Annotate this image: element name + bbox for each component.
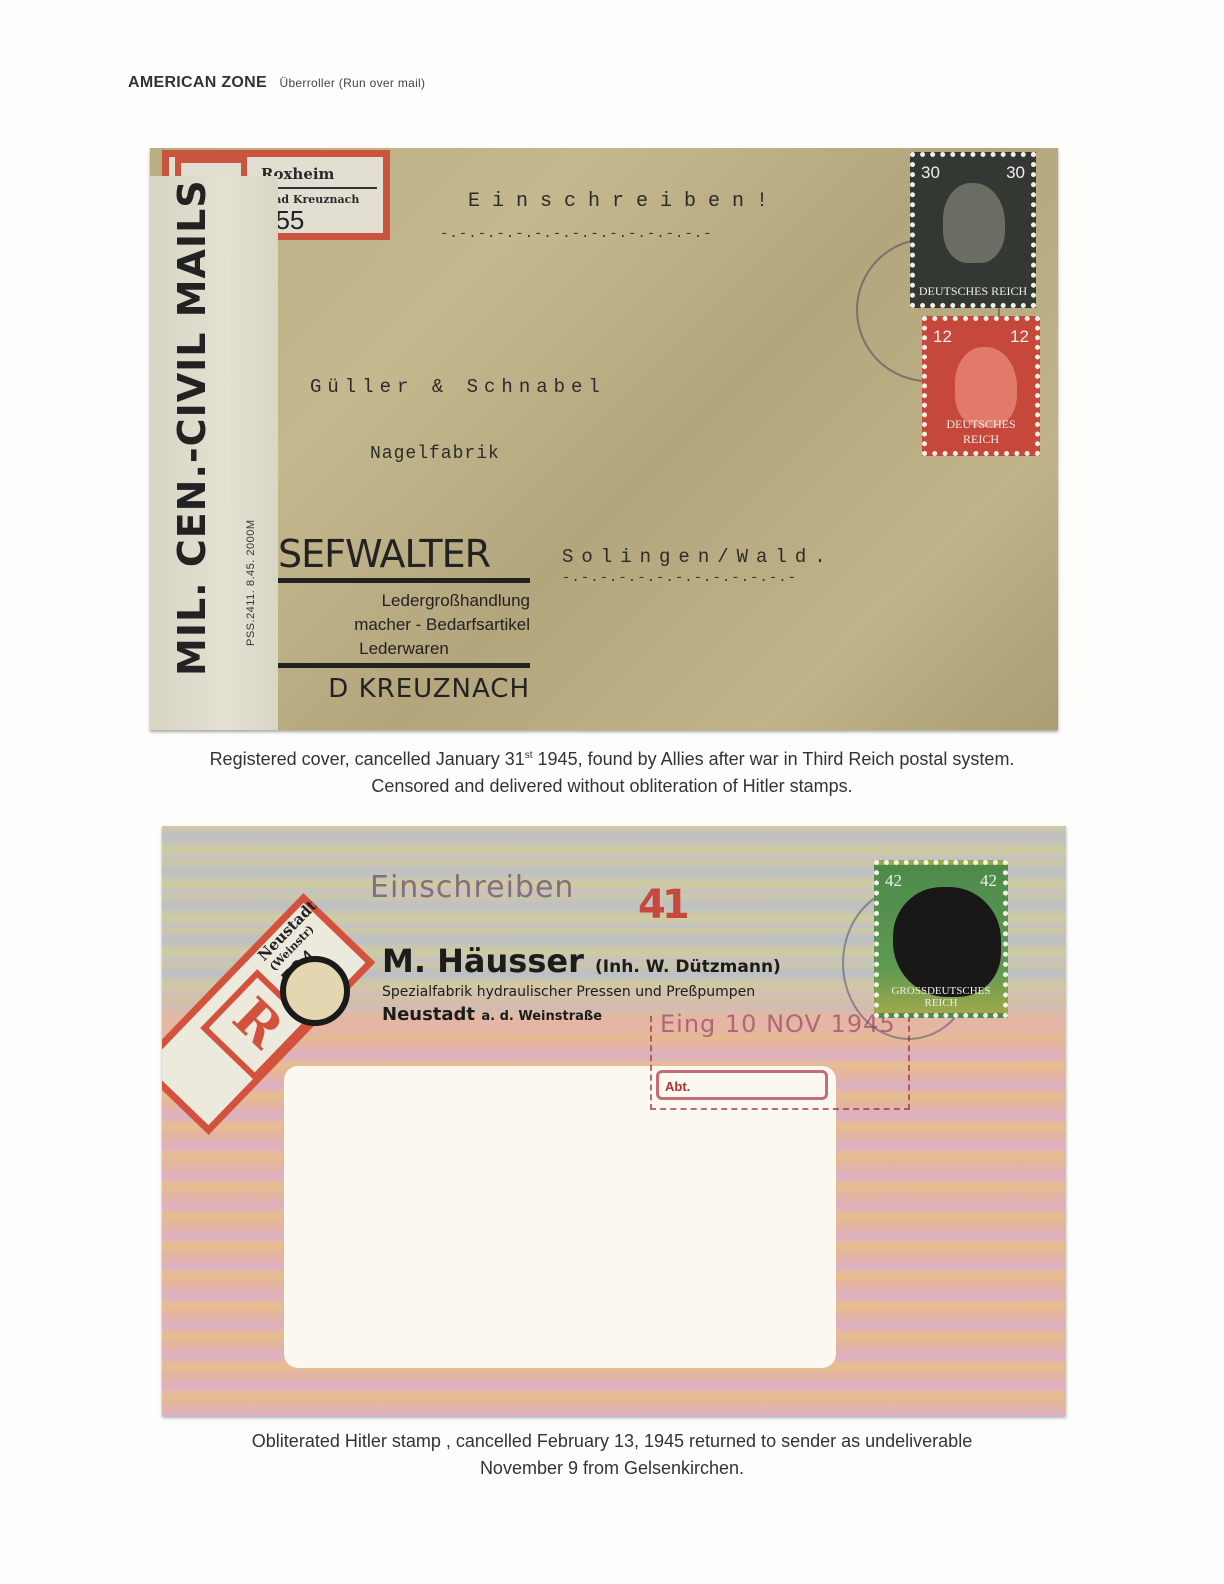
zone-subtitle: Überroller (Run over mail) [279,76,425,90]
caption-2-line1: Obliterated Hitler stamp , cancelled Feb… [0,1428,1224,1455]
sender-rule-2 [278,663,530,668]
sender-line1: Ledergroßhandlung [278,589,530,613]
caption-sup: st [525,750,533,761]
sender-line3: Lederwaren [278,637,530,661]
sender-imprint: SEFWALTER Ledergroßhandlung macher - Bed… [278,532,530,704]
caption-2: Obliterated Hitler stamp , cancelled Feb… [0,1428,1224,1482]
stamp-value: 30 [1006,163,1025,183]
received-stamp: Eing 10 NOV 1945 Abt. [650,1016,910,1110]
stamp-30: 30 30 DEUTSCHES REICH [910,152,1036,308]
company-owner: (Inh. W. Dützmann) [595,957,781,977]
registered-cover-2: R Neustadt (Weinstr) 524 Einschreiben 41… [162,826,1066,1416]
sender-rule [278,578,530,583]
stamp-country: GROSSDEUTSCHES REICH [879,985,1003,1009]
stamp-value: 12 [1010,327,1029,347]
company-logo [280,956,350,1026]
page-header: AMERICAN ZONE Überroller (Run over mail) [128,74,425,92]
typed-addressee-line2: Nagelfabrik [370,444,500,464]
caption-2-line2: November 9 from Gelsenkirchen. [0,1455,1224,1482]
stamp-value: 12 [933,327,952,347]
einschreiben-stamp: Einschreiben [370,870,574,905]
company-city: Neustadt [382,1004,475,1025]
company-city-suffix: a. d. Weinstraße [481,1009,602,1024]
registration-label: R Neustadt (Weinstr) 524 [176,834,396,1074]
stamp-country: DEUTSCHES REICH [927,417,1035,447]
censor-print-code: PSS.2411. 8.45. 2000M [245,520,257,647]
registered-cover-1: Roxheim Bad Kreuznach 155 Einschreiben! … [150,148,1058,730]
sender-name: SEFWALTER [278,532,530,576]
typed-addressee: Güller & Schnabel [310,376,606,398]
stamp-value: 30 [921,163,940,183]
sender-line2: macher - Bedarfsartikel [278,613,530,637]
typed-dash-line2: -.-.-.-.-.-.-.-.-.-.-.-.- [562,570,797,586]
company-name: M. Häusser [382,942,584,980]
zone-title: AMERICAN ZONE [128,74,267,91]
sender-city: D KREUZNACH [278,674,530,704]
received-field: Abt. [656,1070,828,1100]
portrait [955,347,1017,427]
stamp-country: DEUTSCHES REICH [915,284,1031,299]
manuscript-mark: 41 [638,882,686,928]
caption-text: Registered cover, cancelled January 31 [210,749,525,769]
caption-1: Registered cover, cancelled January 31st… [0,742,1224,800]
portrait [943,183,1005,263]
typed-city: Solingen/Wald. [562,546,834,568]
censor-tape: MIL. CEN.-CIVIL MAILS PSS.2411. 8.45. 20… [150,176,278,730]
stamp-value: 42 [885,871,902,891]
stamp-42-obliterated: 42 42 GROSSDEUTSCHES REICH [874,860,1008,1018]
typed-service: Einschreiben! [468,190,780,213]
caption-text: 1945, found by Allies after war in Third… [533,749,1015,769]
address-window [284,1066,836,1368]
company-line: Spezialfabrik hydraulischer Pressen und … [382,984,781,1000]
obliteration-blot [893,887,1001,997]
caption-1-line2: Censored and delivered without obliterat… [0,773,1224,800]
stamp-12: 12 12 DEUTSCHES REICH [922,316,1040,456]
censor-text: MIL. CEN.-CIVIL MAILS [170,179,214,676]
stamp-value: 42 [980,871,997,891]
typed-dash-line: -.-.-.-.-.-.-.-.-.-.-.-.-.-.- [440,226,713,242]
caption-1-line1: Registered cover, cancelled January 31st… [0,742,1224,773]
